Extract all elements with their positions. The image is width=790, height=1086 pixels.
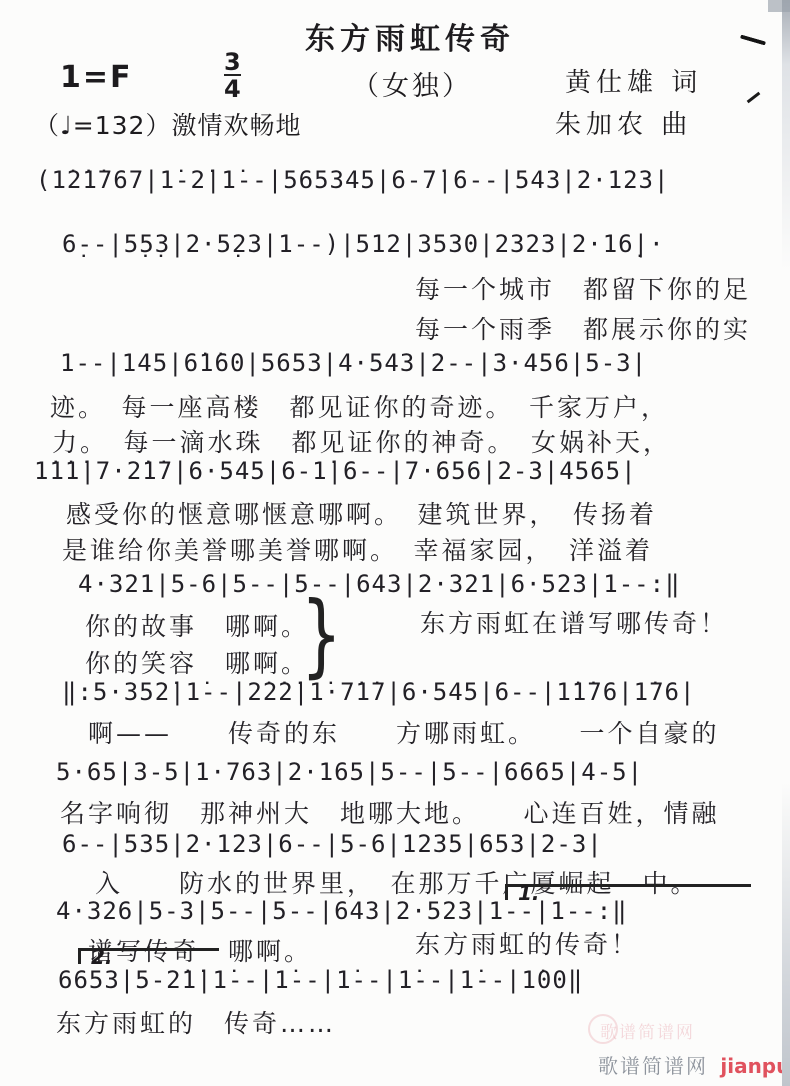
pen-mark-icon [747, 92, 761, 104]
watermark-site-name: 歌谱简谱网 [598, 1054, 708, 1078]
watermark: 歌谱简谱网 jianpu.cn net [598, 1050, 790, 1079]
score-line-14-lyric: 你的笑容 哪啊。 [85, 644, 309, 680]
score-line-21-music: 4·326|5-3|5--|5--|643|2·523|1--|1--:‖ [56, 897, 628, 925]
score-line-2-music: 6̣--|5̣5̣3|2·5̣23|1--)|512|3530|2323|2·1… [62, 230, 665, 258]
key-signature: 1=F [60, 60, 133, 95]
score-line-3-lyric: 每一个城市 都留下你的足 [415, 270, 751, 306]
score-line-10-lyric: 是谁给你美誉哪美誉哪啊。 幸福家园， 洋溢着 [62, 531, 653, 567]
volta-2-bracket: 2. [78, 948, 219, 964]
scan-corner-mark [768, 0, 790, 12]
score-line-24-music: 6653|5-2̇1̇|1̇--|1̇--|1̇--|1̇--|1̇--|1̇0… [58, 966, 583, 994]
time-signature-numerator: 3 [224, 50, 241, 74]
score-line-4-lyric: 每一个雨季 都展示你的实 [415, 310, 751, 346]
score-line-7-lyric: 力。 每一滴水珠 都见证你的神奇。 女娲补天， [52, 423, 671, 459]
sheet-music-page: 东方雨虹传奇 1=F 3 4 （女独） 黄仕雄 词 朱加农 曲 （♩=132）激… [0, 0, 790, 1086]
time-signature: 3 4 [224, 50, 241, 101]
score-line-25-lyric: 东方雨虹的 传奇…… [56, 1004, 336, 1040]
score-line-18-lyric: 名字响彻 那神州大 地哪大地。 心连百姓，情融 [60, 794, 720, 830]
score-line-13-lyric: 东方雨虹在谱写哪传奇！ [420, 604, 728, 640]
score-line-9-lyric: 感受你的惬意哪惬意哪啊。 建筑世界， 传扬着 [66, 495, 657, 531]
lyric-brace: } [301, 590, 342, 680]
score-line-12-lyric: 你的故事 哪啊。 [85, 607, 309, 643]
time-signature-denominator: 4 [224, 74, 241, 101]
subtitle-solo: （女独） [352, 64, 472, 103]
page-title: 东方雨虹传奇 [305, 14, 515, 58]
watermark-ghost-stamp: 歌谱简谱网 [600, 1018, 695, 1043]
volta-2-label: 2. [91, 947, 113, 967]
score-line-8-music: 1̇1̇1̇|7·2̇1̇7|6·545|6-1̇|6--|7·656|2-3|… [34, 457, 637, 485]
score-line-19-music: 6--|535|2·123|6--|5-6|1235|653|2-3| [62, 830, 603, 858]
score-line-23-lyric: 东方雨虹的传奇！ [415, 925, 639, 961]
scan-edge-strip [782, 0, 790, 1086]
lyricist-credit: 黄仕雄 词 [565, 62, 702, 99]
volta-1-bracket: 1. [505, 884, 751, 900]
composer-credit: 朱加农 曲 [555, 104, 692, 141]
watermark-site-url: jianpu.cn [720, 1054, 790, 1078]
volta-1-label: 1. [518, 883, 540, 903]
score-line-11-music: 4·321|5-6|5--|5--|643|2·321|6·523|1--:‖ [78, 570, 681, 598]
score-line-15-music: ‖:5·352̇|1̇--|2̇2̇2̇|1̇·7̇1̇7|6·545|6--|… [62, 678, 695, 706]
pen-mark-icon [740, 34, 766, 45]
score-line-6-lyric: 迹。 每一座高楼 都见证你的奇迹。 千家万户， [50, 388, 669, 424]
score-line-16-lyric: 啊—— 传奇的东 方哪雨虹。 一个自豪的 [88, 714, 720, 750]
score-line-5-music: 1--|145|6̇1̇60|5653|4·543|2--|3·456|5-3| [60, 349, 647, 377]
score-line-17-music: 5·65|3-5|1·763|2·165|5--|5--|6665|4-5| [56, 758, 643, 786]
score-line-1-music: (1̇2̇1̇767|1̇-2̇|1̇--|565345|6-7̇|6--|54… [36, 166, 669, 194]
tempo-marking: （♩=132）激情欢畅地 [34, 106, 301, 142]
